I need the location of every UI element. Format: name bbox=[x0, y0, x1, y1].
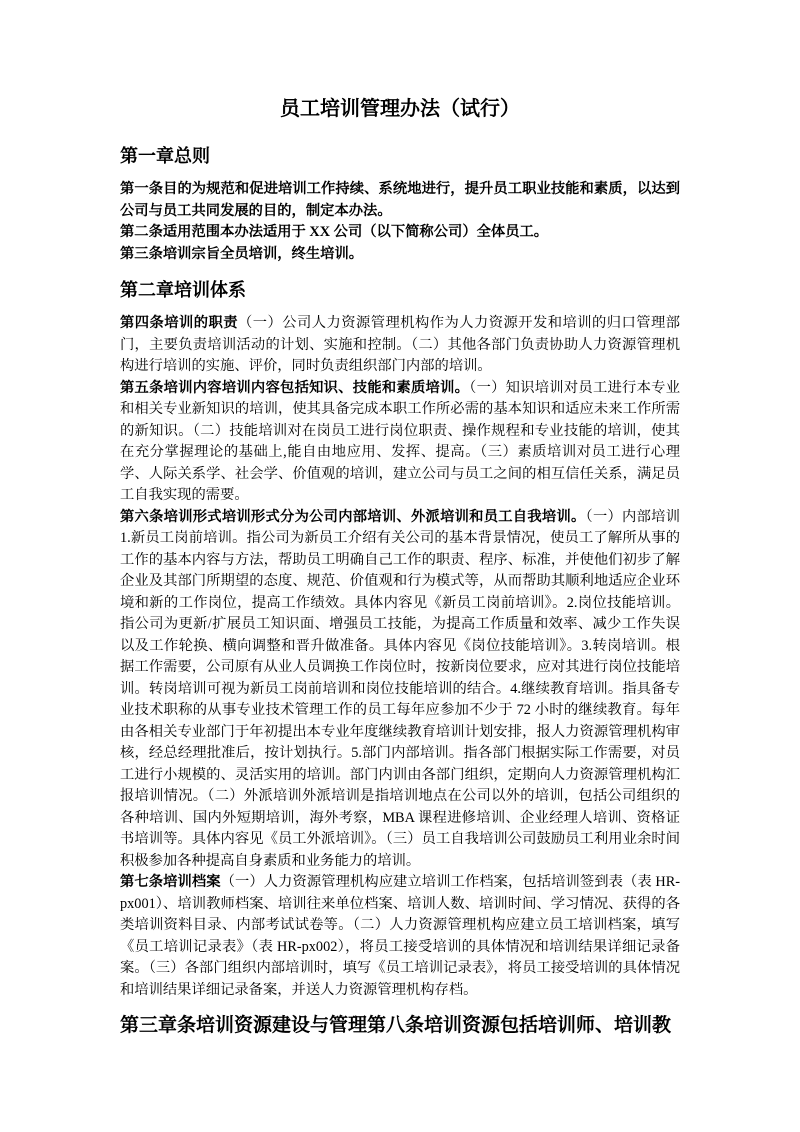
article-4-lead: 第四条培训的职责 bbox=[120, 315, 238, 331]
article-7-text: （一）人力资源管理机构应建立培训工作档案，包括培训签到表（表 HR-px001）… bbox=[120, 874, 680, 998]
article-3: 第三条培训宗旨全员培训，终生培训。 bbox=[120, 244, 680, 266]
article-6: 第六条培训形式培训形式分为公司内部培训、外派培训和员工自我培训。（一）内部培训 … bbox=[120, 507, 680, 873]
article-7-lead: 第七条培训档案 bbox=[120, 874, 221, 890]
article-5-text: （一）知识培训对员工进行本专业和相关专业新知识的培训，使其具备完成本职工作所必需… bbox=[120, 380, 680, 504]
article-2: 第二条适用范围本办法适用于 XX 公司（以下简称公司）全体员工。 bbox=[120, 222, 680, 244]
document-page: 员工培训管理办法（试行） 第一章总则 第一条目的为规范和促进培训工作持续、系统地… bbox=[0, 0, 800, 1132]
chapter-2-heading: 第二章培训体系 bbox=[120, 278, 680, 303]
article-1: 第一条目的为规范和促进培训工作持续、系统地进行，提升员工职业技能和素质，以达到公… bbox=[120, 179, 680, 222]
document-title: 员工培训管理办法（试行） bbox=[120, 96, 680, 123]
article-6-lead: 第六条培训形式培训形式分为公司内部培训、外派培训和员工自我培训。 bbox=[120, 509, 586, 525]
article-6-text: （一）内部培训 1.新员工岗前培训。指公司为新员工介绍有关公司的基本背景情况，使… bbox=[120, 509, 680, 869]
article-5: 第五条培训内容培训内容包括知识、技能和素质培训。（一）知识培训对员工进行本专业和… bbox=[120, 378, 680, 507]
article-7: 第七条培训档案（一）人力资源管理机构应建立培训工作档案，包括培训签到表（表 HR… bbox=[120, 872, 680, 1001]
article-5-lead: 第五条培训内容培训内容包括知识、技能和素质培训。 bbox=[120, 380, 469, 396]
chapter-1-heading: 第一章总则 bbox=[120, 144, 680, 169]
article-4: 第四条培训的职责（一）公司人力资源管理机构作为人力资源开发和培训的归口管理部门，… bbox=[120, 313, 680, 378]
chapter-3-heading: 第三章条培训资源建设与管理第八条培训资源包括培训师、培训教 bbox=[120, 1013, 680, 1038]
